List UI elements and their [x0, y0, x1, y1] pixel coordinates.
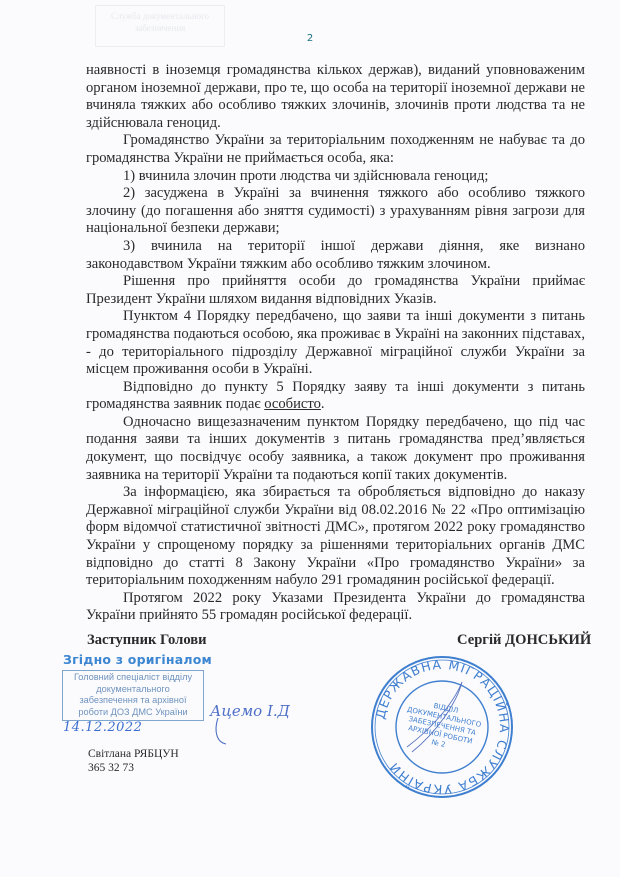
- rectangular-stamp: Головний спеціаліст відділу документальн…: [62, 670, 204, 721]
- executor-phone: 365 32 73: [88, 761, 179, 775]
- paragraph-decrees: Протягом 2022 року Указами Президента Ук…: [86, 590, 585, 625]
- signature-stroke-icon: [212, 718, 232, 748]
- document-body: наявності в іноземця громадянства кілько…: [86, 62, 585, 625]
- paragraph-documents: Одночасно вищезазначеним пунктом Порядку…: [86, 414, 585, 484]
- paragraph-point-5: Відповідно до пункту 5 Порядку заяву та …: [86, 379, 585, 414]
- certified-copy-stamp: Згідно з оригіналом: [63, 652, 212, 667]
- signatory-name: Сергій ДОНСЬКИЙ: [457, 632, 591, 649]
- page-number: 2: [0, 33, 620, 44]
- rect-stamp-line: забезпечення та архівної: [63, 695, 203, 707]
- handwritten-date: 14.12.2022: [63, 720, 142, 735]
- underlined-personally: особисто: [264, 396, 321, 412]
- rect-stamp-line: роботи ДОЗ ДМС України: [63, 707, 203, 719]
- paragraph-decision: Рішення про прийняття особи до громадянс…: [86, 273, 585, 308]
- point-5-text: Відповідно до пункту 5 Порядку заяву та …: [86, 379, 585, 413]
- list-item-1: 1) вчинила злочин проти людства чи здійс…: [86, 168, 585, 186]
- paragraph-point-4: Пунктом 4 Порядку передбачено, що заяви …: [86, 308, 585, 378]
- paragraph-statistics: За інформацією, яка збирається та обробл…: [86, 484, 585, 590]
- executor-block: Світлана РЯБЦУН 365 32 73: [88, 747, 179, 775]
- signatory-position: Заступник Голови: [87, 632, 207, 649]
- list-item-3: 3) вчинила на території іншої держави ді…: [86, 238, 585, 273]
- seal-inner-line: № 2: [431, 738, 446, 749]
- paragraph-2: Громадянство України за територіальним п…: [86, 132, 585, 167]
- paragraph-1: наявності в іноземця громадянства кілько…: [86, 62, 585, 132]
- executor-name: Світлана РЯБЦУН: [88, 747, 179, 761]
- round-seal-stamp: ДЕРЖАВНА МІГРАЦІЙНА СЛУЖБА УКРАЇНИ ВІДДІ…: [367, 652, 517, 802]
- rect-stamp-line: документального: [63, 684, 203, 696]
- document-page: Служба документального забезпечення 2 на…: [0, 0, 620, 877]
- rect-stamp-line: Головний спеціаліст відділу: [63, 672, 203, 684]
- point-5-end: .: [321, 396, 325, 412]
- list-item-2: 2) засуджена в Україні за вчинення тяжко…: [86, 185, 585, 238]
